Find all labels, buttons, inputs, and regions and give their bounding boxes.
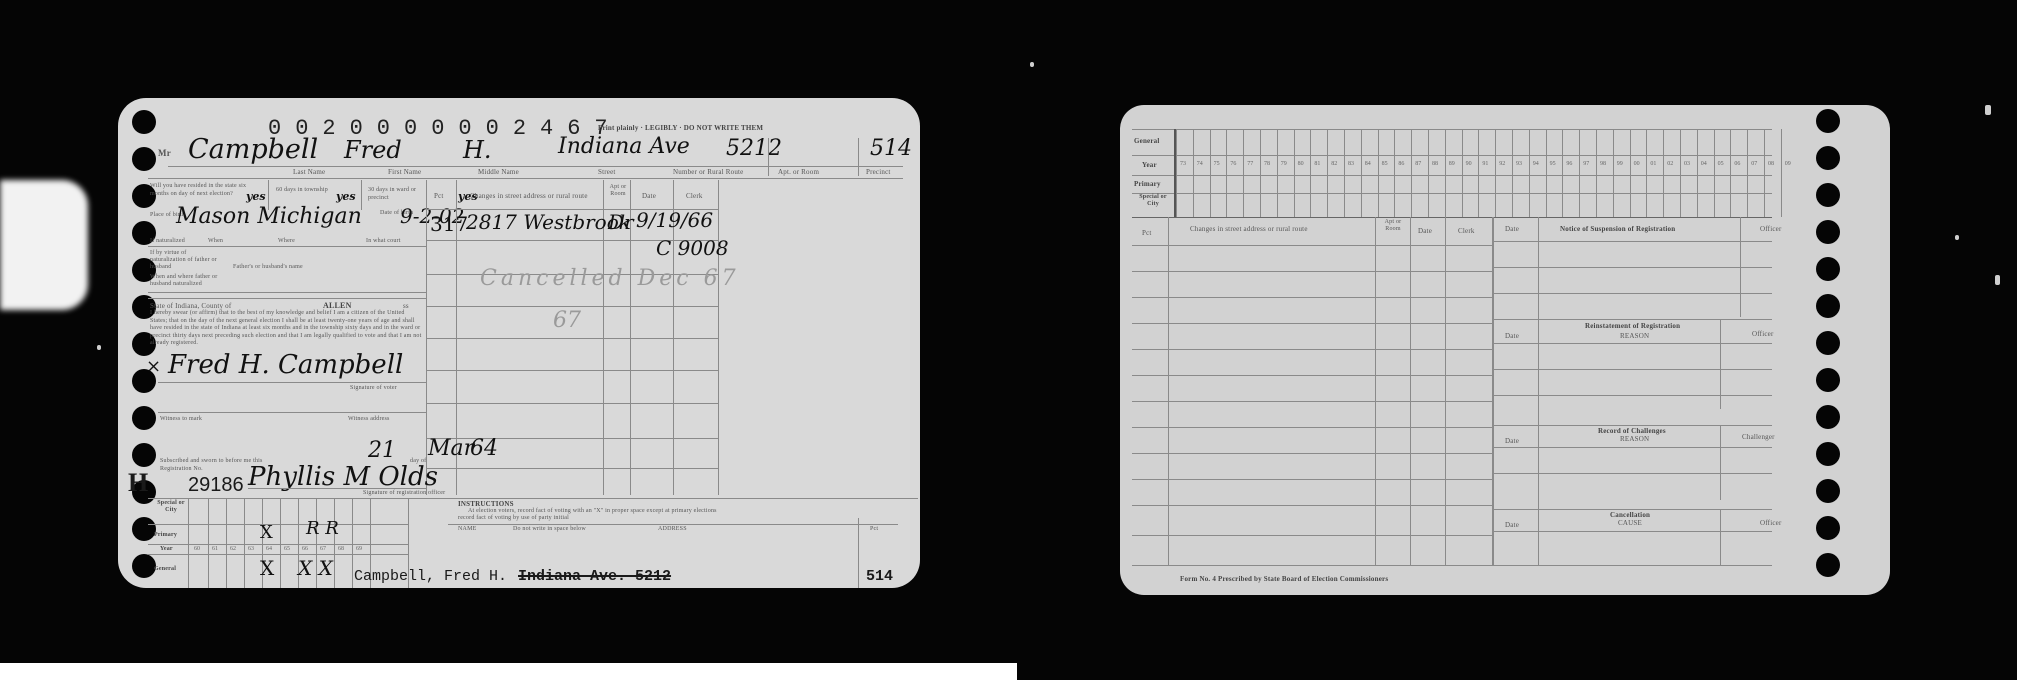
divider <box>718 180 719 495</box>
divider <box>1210 129 1211 217</box>
divider <box>1714 129 1715 217</box>
divider <box>1596 129 1597 217</box>
label-precinct: Precinct <box>866 168 891 176</box>
divider <box>1630 129 1631 217</box>
house-number: 5212 <box>726 136 782 161</box>
divider <box>1428 129 1429 217</box>
divider <box>1132 193 1772 194</box>
dust-speck <box>1030 62 1034 67</box>
divider <box>1294 129 1295 217</box>
label-officer-signature: Signature of registration officer <box>363 490 445 496</box>
precinct: 514 <box>870 136 912 161</box>
cancellation-officer-header: Officer <box>1760 519 1781 527</box>
header-date: Date <box>1418 227 1432 235</box>
primary-mark: R R <box>306 518 339 539</box>
reinstatement-date-header: Date <box>1505 332 1519 340</box>
instructions-line1: At election voters, record fact of votin… <box>468 508 717 514</box>
registration-card-front: 0020000002467 Print plainly · LEGIBLY · … <box>118 98 920 588</box>
change-row-address: 2817 Westbrook <box>466 210 631 234</box>
header-instruction: Print plainly · LEGIBLY · DO NOT WRITE T… <box>598 124 763 132</box>
punch-hole <box>132 110 156 134</box>
divider <box>280 498 281 588</box>
divider <box>1344 129 1345 217</box>
voter-signature: Fred H. Campbell <box>168 350 403 380</box>
change-row-pct: 317 <box>430 212 468 236</box>
divider <box>1663 129 1664 217</box>
instructions-line2: record fact of voting by use of party in… <box>458 515 569 521</box>
cancelled-year: 67 <box>553 308 581 333</box>
divider <box>248 488 426 489</box>
oath-text: I hereby swear (or affirm) that to the b… <box>150 310 422 348</box>
year-cell: 87 <box>1415 161 1421 167</box>
punch-hole <box>132 147 156 171</box>
row-label-special: Special or City <box>154 500 188 514</box>
divider <box>1492 369 1772 370</box>
header-apt: Apt or Room <box>1378 219 1408 233</box>
divider <box>1132 297 1492 298</box>
year-cell: 97 <box>1583 161 1589 167</box>
divider <box>1781 129 1782 217</box>
scan-edge-strip <box>0 663 1017 680</box>
cancellation-title: Cancellation <box>1610 511 1650 519</box>
divider <box>1226 129 1227 217</box>
divider <box>1132 479 1492 480</box>
label-voter-signature: Signature of voter <box>350 385 397 391</box>
year-cell: 88 <box>1432 161 1438 167</box>
punch-hole <box>1816 479 1840 503</box>
instructions-title: INSTRUCTIONS <box>458 500 514 508</box>
sworn-day: 21 <box>368 438 396 463</box>
year-cell: 93 <box>1516 161 1522 167</box>
label-father-naturalization: If by virtue of naturalization of father… <box>150 250 220 271</box>
divider <box>1492 473 1772 474</box>
divider <box>148 554 408 555</box>
change-row-date: 9/19/66 <box>636 208 713 232</box>
year-cell: 65 <box>284 546 290 552</box>
typed-name: Campbell, Fred H. <box>354 568 507 585</box>
divider <box>1720 509 1721 565</box>
punch-hole <box>1816 220 1840 244</box>
divider <box>1445 217 1446 565</box>
label-last-name: Last Name <box>293 168 325 176</box>
row-label-general: General <box>1134 137 1160 145</box>
divider <box>1132 245 1492 246</box>
year-cell: 67 <box>320 546 326 552</box>
year-cell: 73 <box>1180 161 1186 167</box>
divider <box>1132 453 1492 454</box>
reinstatement-officer-header: Officer <box>1752 330 1773 338</box>
year-cell: 77 <box>1247 161 1253 167</box>
punch-hole <box>1816 405 1840 429</box>
year-cell: 03 <box>1684 161 1690 167</box>
divider <box>148 292 426 293</box>
divider <box>1243 129 1244 217</box>
row-label-year: Year <box>1142 161 1157 169</box>
divider <box>1132 271 1492 272</box>
punch-hole <box>132 554 156 578</box>
year-cell: 09 <box>1785 161 1791 167</box>
year-cell: 64 <box>266 546 272 552</box>
residency-answer-township: yes <box>336 190 356 203</box>
divider <box>1132 175 1772 176</box>
year-cell: 66 <box>302 546 308 552</box>
label-when: When <box>208 238 223 244</box>
oath-ss: ss <box>403 302 409 310</box>
label-naturalized: If naturalized <box>150 238 185 244</box>
year-cell: 79 <box>1281 161 1287 167</box>
registration-letter: H <box>128 468 148 498</box>
year-cell: 90 <box>1466 161 1472 167</box>
year-cell: 94 <box>1533 161 1539 167</box>
year-cell: 01 <box>1650 161 1656 167</box>
punch-hole <box>1816 442 1840 466</box>
divider <box>1168 217 1169 565</box>
divider <box>426 468 718 469</box>
divider <box>768 138 769 176</box>
typed-address: Indiana Ave. 5212 <box>518 568 671 585</box>
middle-name: H. <box>463 136 492 164</box>
divider <box>1764 129 1765 217</box>
change-row-apt: Dr <box>608 210 634 234</box>
divider <box>1478 129 1479 217</box>
year-cell: 00 <box>1634 161 1640 167</box>
label-pct: Pct <box>870 526 878 532</box>
cancellation-cause-header: CAUSE <box>1618 519 1642 527</box>
row-label-general: General <box>154 566 176 572</box>
year-cell: 61 <box>212 546 218 552</box>
year-cell: 95 <box>1550 161 1556 167</box>
divider <box>1492 395 1772 396</box>
label-apt: Apt. or Room <box>778 168 819 176</box>
label-father-when-where: When and where father or husband natural… <box>150 274 230 288</box>
label-address: ADDRESS <box>658 526 687 532</box>
birthplace: Mason Michigan <box>176 204 362 229</box>
divider <box>1132 217 1772 218</box>
year-cell: 08 <box>1768 161 1774 167</box>
row-label-primary: Primary <box>154 532 177 538</box>
divider <box>148 498 918 499</box>
first-name: Fred <box>344 136 402 164</box>
divider <box>448 524 898 525</box>
divider <box>1562 129 1563 217</box>
divider <box>1132 155 1772 156</box>
divider <box>1132 323 1492 324</box>
punch-hole <box>1816 257 1840 281</box>
year-cell: 86 <box>1398 161 1404 167</box>
divider <box>1375 217 1376 565</box>
divider <box>1579 129 1580 217</box>
label-first-name: First Name <box>388 168 421 176</box>
year-cell: 69 <box>356 546 362 552</box>
divider <box>1378 129 1379 217</box>
header-date: Date <box>642 192 656 200</box>
divider <box>1492 343 1772 344</box>
year-cell: 82 <box>1331 161 1337 167</box>
row-label-special: Special or City <box>1138 194 1168 208</box>
divider <box>352 498 353 588</box>
divider <box>1680 129 1681 217</box>
suspension-title: Notice of Suspension of Registration <box>1560 225 1675 233</box>
street: Indiana Ave <box>558 134 690 159</box>
divider <box>168 166 903 167</box>
divider <box>1747 129 1748 217</box>
label-registration-no: Registration No. <box>160 466 203 472</box>
divider <box>1492 319 1772 320</box>
divider <box>148 246 426 247</box>
divider <box>1492 425 1772 426</box>
suspension-date-header: Date <box>1505 225 1519 233</box>
voter-mark: × <box>146 356 161 377</box>
divider <box>1730 129 1731 217</box>
divider <box>1132 375 1492 376</box>
divider <box>1132 535 1492 536</box>
oath-county: ALLEN <box>323 301 352 310</box>
punch-hole <box>1816 516 1840 540</box>
suspension-officer-header: Officer <box>1760 225 1781 233</box>
divider <box>226 498 227 588</box>
divider <box>148 178 903 179</box>
divider <box>148 524 408 525</box>
divider <box>148 298 426 299</box>
residency-question-state: Will you have resided in the state six m… <box>150 182 250 198</box>
divider <box>1720 425 1721 500</box>
divider <box>1512 129 1513 217</box>
divider <box>158 382 426 383</box>
divider <box>1646 129 1647 217</box>
divider <box>1495 129 1496 217</box>
general-mark: X X <box>298 556 333 580</box>
divider <box>1492 241 1772 242</box>
divider <box>158 412 426 413</box>
year-cell: 99 <box>1617 161 1623 167</box>
cancellation-date-header: Date <box>1505 521 1519 529</box>
divider <box>1410 217 1411 565</box>
divider <box>188 498 189 588</box>
divider <box>1492 293 1772 294</box>
year-cell: 89 <box>1449 161 1455 167</box>
punch-hole <box>1816 183 1840 207</box>
year-cell: 81 <box>1314 161 1320 167</box>
divider <box>1546 129 1547 217</box>
divider <box>1492 531 1772 532</box>
label-witness-address: Witness address <box>348 416 390 422</box>
divider <box>858 518 859 588</box>
label-street: Street <box>598 168 616 176</box>
change-row-clerk-code: C 9008 <box>656 236 729 260</box>
divider <box>244 498 245 588</box>
year-cell: 06 <box>1734 161 1740 167</box>
year-cell: 98 <box>1600 161 1606 167</box>
label-middle-name: Middle Name <box>478 168 519 176</box>
challenges-date-header: Date <box>1505 437 1519 445</box>
general-mark: X <box>260 556 274 580</box>
divider <box>1492 447 1772 448</box>
year-cell: 96 <box>1566 161 1572 167</box>
challenges-title: Record of Challenges <box>1598 427 1666 435</box>
challenges-challenger-header: Challenger <box>1742 433 1775 441</box>
reinstatement-title: Reinstatement of Registration <box>1585 322 1680 330</box>
divider <box>1132 349 1492 350</box>
divider <box>1697 129 1698 217</box>
year-cell: 83 <box>1348 161 1354 167</box>
divider <box>1492 217 1494 565</box>
typed-precinct: 514 <box>866 568 893 585</box>
header-apt: Apt or Room <box>608 184 628 198</box>
divider <box>1193 129 1194 217</box>
year-cell: 07 <box>1751 161 1757 167</box>
divider <box>1462 129 1463 217</box>
divider <box>1538 217 1539 565</box>
punch-hole <box>1816 146 1840 170</box>
label-number: Number or Rural Route <box>673 168 744 176</box>
divider <box>1327 129 1328 217</box>
divider <box>426 306 718 307</box>
light-glare <box>0 180 88 310</box>
divider <box>1132 129 1772 130</box>
header-clerk: Clerk <box>1458 227 1475 235</box>
label-father-name: Father's or husband's name <box>233 264 303 270</box>
form-footer: Form No. 4 Prescribed by State Board of … <box>1180 575 1388 583</box>
header-address-changes: Changes in street address or rural route <box>470 192 588 200</box>
divider <box>148 544 408 545</box>
year-cell: 80 <box>1298 161 1304 167</box>
year-cell: 62 <box>230 546 236 552</box>
row-label-year: Year <box>160 546 173 552</box>
residency-answer-state: yes <box>246 190 266 203</box>
registration-number: 29186 <box>188 474 244 497</box>
label-name: NAME <box>458 526 476 532</box>
divider <box>426 403 718 404</box>
punch-hole <box>132 443 156 467</box>
header-pct: Pct <box>1142 229 1152 237</box>
year-cell: 68 <box>338 546 344 552</box>
year-cell: 76 <box>1230 161 1236 167</box>
divider <box>1132 505 1492 506</box>
year-cell: 60 <box>194 546 200 552</box>
header-pct: Pct <box>434 192 444 200</box>
divider <box>1132 565 1772 566</box>
year-cell: 02 <box>1667 161 1673 167</box>
residency-question-precinct: 30 days in ward or precinct <box>368 186 438 202</box>
punch-hole <box>1816 331 1840 355</box>
punch-hole <box>1816 553 1840 577</box>
label-where: Where <box>278 238 295 244</box>
year-cell: 74 <box>1197 161 1203 167</box>
residency-question-township: 60 days in township <box>276 186 336 194</box>
divider <box>858 138 859 176</box>
punch-hole <box>1816 368 1840 392</box>
divider <box>1361 129 1362 217</box>
divider <box>426 370 718 371</box>
divider <box>1277 129 1278 217</box>
cancelled-note: Cancelled Dec 67 <box>480 266 740 291</box>
divider <box>1176 129 1177 217</box>
year-cell: 84 <box>1365 161 1371 167</box>
year-cell: 05 <box>1718 161 1724 167</box>
divider <box>1445 129 1446 217</box>
divider <box>208 498 209 588</box>
last-name: Campbell <box>188 134 318 165</box>
oath-state-line: State of Indiana, County of <box>150 302 231 310</box>
divider <box>1310 129 1311 217</box>
punch-hole <box>132 406 156 430</box>
sworn-month: Mar <box>428 436 474 461</box>
divider <box>1132 401 1492 402</box>
primary-mark: X <box>260 522 273 543</box>
registration-card-back: General Year Primary Special or City 737… <box>1120 105 1890 595</box>
divider <box>1394 129 1395 217</box>
year-cell: 78 <box>1264 161 1270 167</box>
sworn-year: 64 <box>470 436 498 461</box>
dust-speck <box>1985 105 1991 115</box>
year-cell: 92 <box>1499 161 1505 167</box>
dust-speck <box>97 345 101 350</box>
label-do-not-write: Do not write in space below <box>513 526 586 532</box>
divider <box>1492 267 1772 268</box>
dust-speck <box>1995 275 2000 285</box>
divider <box>1492 509 1772 510</box>
reinstatement-reason-header: REASON <box>1620 332 1649 340</box>
year-cell: 75 <box>1214 161 1220 167</box>
divider <box>1411 129 1412 217</box>
divider <box>1260 129 1261 217</box>
year-cell: 63 <box>248 546 254 552</box>
punch-hole <box>1816 109 1840 133</box>
year-cell: 91 <box>1482 161 1488 167</box>
year-cell: 04 <box>1701 161 1707 167</box>
divider <box>1529 129 1530 217</box>
label-court: In what court <box>366 238 401 244</box>
divider <box>334 498 335 588</box>
row-label-primary: Primary <box>1134 180 1161 188</box>
dust-speck <box>1955 235 1959 240</box>
punch-hole <box>132 517 156 541</box>
divider <box>1132 427 1492 428</box>
punch-hole <box>1816 294 1840 318</box>
divider <box>1613 129 1614 217</box>
name-prefix: Mr <box>158 148 171 158</box>
label-witness-mark: Witness to mark <box>160 416 202 422</box>
header-address-changes: Changes in street address or rural route <box>1190 225 1308 233</box>
challenges-reason-header: REASON <box>1620 435 1649 443</box>
divider <box>426 338 718 339</box>
year-cell: 85 <box>1382 161 1388 167</box>
header-clerk: Clerk <box>686 192 703 200</box>
